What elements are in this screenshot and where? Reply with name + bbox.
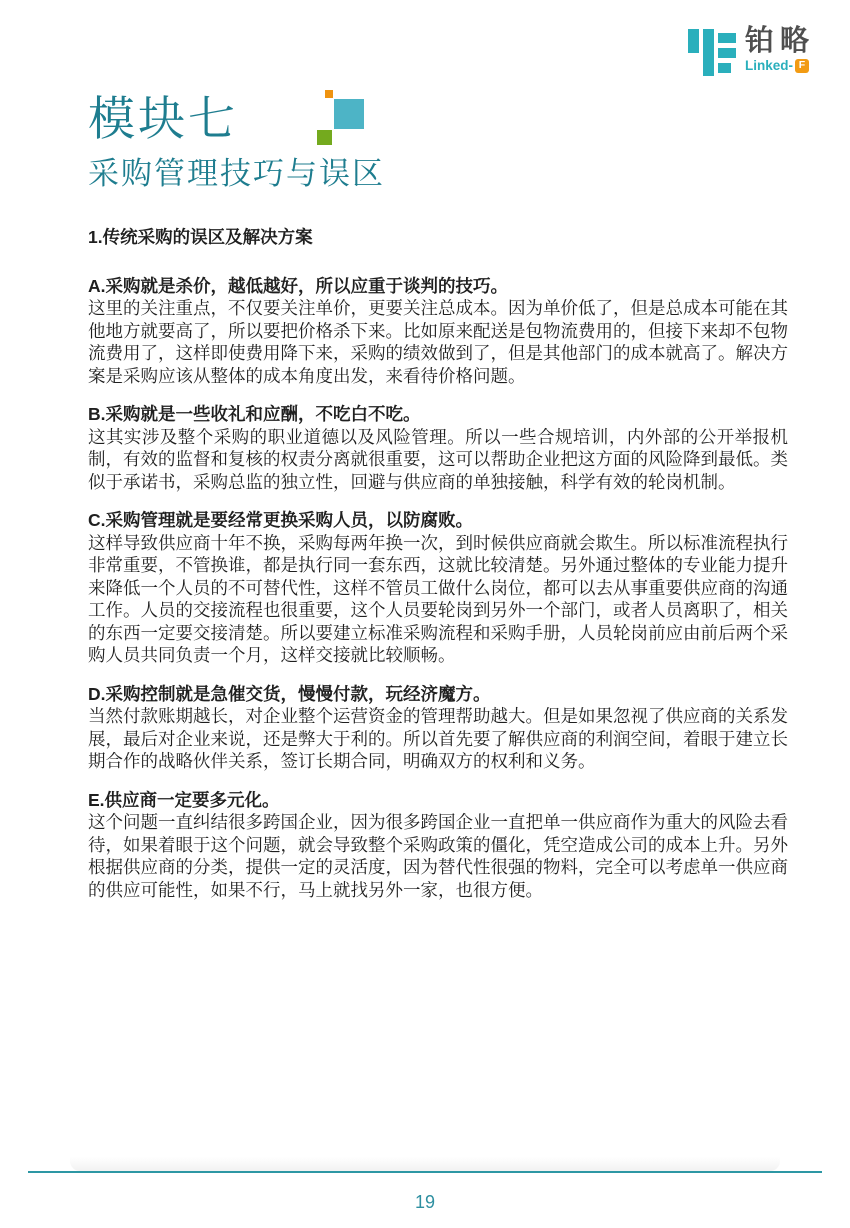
section-heading: E.供应商一定要多元化。 bbox=[88, 789, 788, 812]
brand-name-en-text: Linked- bbox=[745, 58, 793, 73]
page-number: 19 bbox=[0, 1191, 850, 1213]
brand-logo-text: 铂略 Linked- F bbox=[745, 26, 815, 73]
brand-logo: 铂略 Linked- F bbox=[688, 26, 815, 76]
module-subtitle: 采购管理技巧与误区 bbox=[88, 155, 385, 193]
section-heading: D.采购控制就是急催交货，慢慢付款，玩经济魔方。 bbox=[88, 683, 788, 706]
brand-name-en: Linked- F bbox=[745, 58, 815, 73]
document-page: 铂略 Linked- F 模块七 采购管理技巧与误区 1.传统采购的误区及解决方… bbox=[0, 0, 850, 1228]
deco-square-green bbox=[317, 130, 332, 145]
footer-shadow bbox=[70, 1157, 780, 1171]
brand-name-cn: 铂略 bbox=[745, 26, 815, 56]
section-heading: C.采购管理就是要经常更换采购人员，以防腐败。 bbox=[88, 509, 788, 532]
deco-square-teal bbox=[334, 99, 364, 129]
misconception-section-d: D.采购控制就是急催交货，慢慢付款，玩经济魔方。 当然付款账期越长，对企业整个运… bbox=[88, 683, 788, 773]
section-heading: B.采购就是一些收礼和应酬，不吃白不吃。 bbox=[88, 403, 788, 426]
section-body: 当然付款账期越长，对企业整个运营资金的管理帮助越大。但是如果忽视了供应商的关系发… bbox=[88, 705, 788, 773]
section-body: 这其实涉及整个采购的职业道德以及风险管理。所以一些合规培训，内外部的公开举报机制… bbox=[88, 426, 788, 494]
section-body: 这样导致供应商十年不换，采购每两年换一次，到时候供应商就会欺生。所以标准流程执行… bbox=[88, 532, 788, 667]
module-title: 模块七 bbox=[88, 94, 238, 146]
misconception-section-e: E.供应商一定要多元化。 这个问题一直纠结很多跨国企业，因为很多跨国企业一直把单… bbox=[88, 789, 788, 902]
brand-f-badge: F bbox=[795, 59, 809, 73]
content-section-title: 1.传统采购的误区及解决方案 bbox=[88, 226, 788, 249]
section-heading: A.采购就是杀价，越低越好，所以应重于谈判的技巧。 bbox=[88, 275, 788, 298]
deco-square-orange bbox=[325, 90, 333, 98]
misconception-section-b: B.采购就是一些收礼和应酬，不吃白不吃。 这其实涉及整个采购的职业道德以及风险管… bbox=[88, 403, 788, 493]
section-body: 这个问题一直纠结很多跨国企业，因为很多跨国企业一直把单一供应商作为重大的风险去看… bbox=[88, 811, 788, 901]
misconception-section-c: C.采购管理就是要经常更换采购人员，以防腐败。 这样导致供应商十年不换，采购每两… bbox=[88, 509, 788, 667]
document-content: 1.传统采购的误区及解决方案 A.采购就是杀价，越低越好，所以应重于谈判的技巧。… bbox=[88, 226, 788, 917]
footer-divider-line bbox=[28, 1171, 822, 1173]
section-body: 这里的关注重点，不仅要关注单价，更要关注总成本。因为单价低了，但是总成本可能在其… bbox=[88, 297, 788, 387]
misconception-section-a: A.采购就是杀价，越低越好，所以应重于谈判的技巧。 这里的关注重点，不仅要关注单… bbox=[88, 275, 788, 388]
linked-f-logo-icon bbox=[688, 26, 738, 76]
